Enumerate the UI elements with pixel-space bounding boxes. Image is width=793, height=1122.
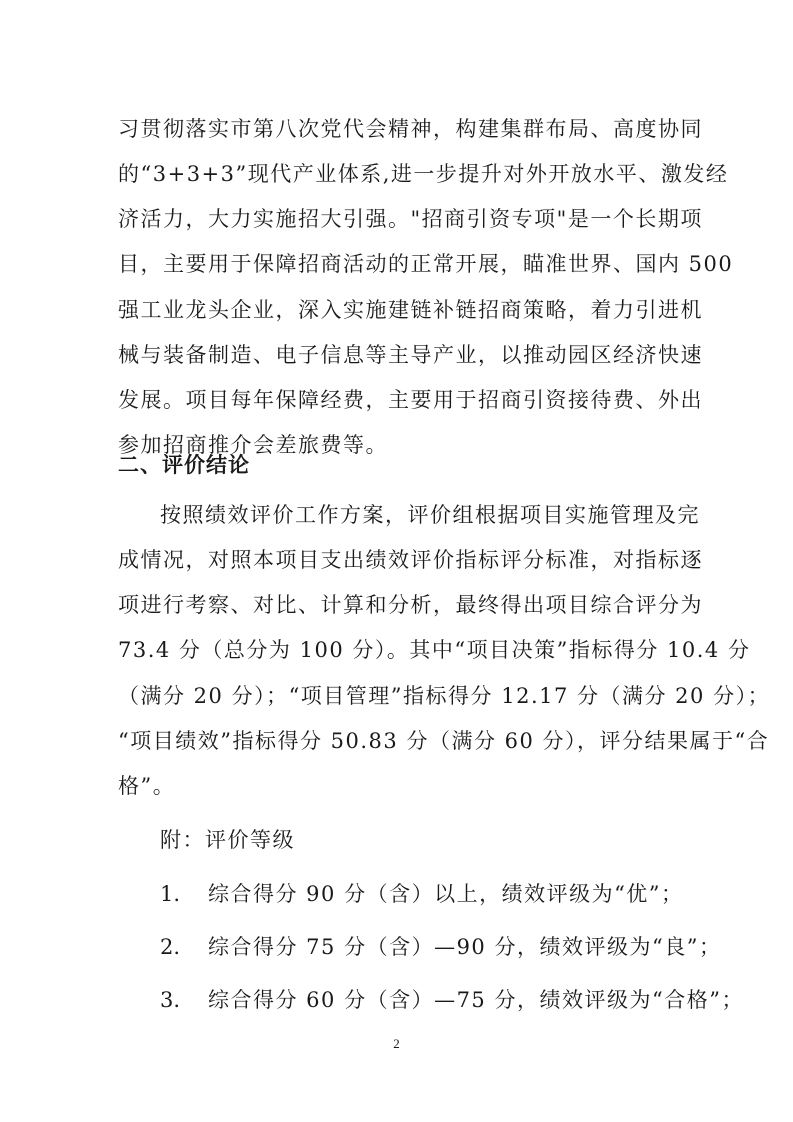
text-line: 格”。 xyxy=(118,774,678,798)
text-line: 济活力，大力实施招大引强。"招商引资专项"是一个长期项 xyxy=(118,207,678,231)
text-line: 73.4 分（总分为 100 分）。其中“项目决策”指标得分 10.4 分 xyxy=(118,638,678,662)
list-text: 综合得分 60 分（含）—75 分，绩效评级为“合格”； xyxy=(208,988,744,1012)
text-line: 项进行考察、对比、计算和分析，最终得出项目综合评分为 xyxy=(118,593,678,617)
section-heading: 二、评价结论 xyxy=(118,453,250,477)
list-text: 综合得分 75 分（含）—90 分，绩效评级为“良”； xyxy=(208,935,721,959)
text-line: 按照绩效评价工作方案，评价组根据项目实施管理及完 xyxy=(160,503,678,527)
text-line: 习贯彻落实市第八次党代会精神，构建集群布局、高度协同 xyxy=(118,117,678,141)
page-number: 2 xyxy=(0,1036,793,1052)
text-line: 强工业龙头企业，深入实施建链补链招商策略，着力引进机 xyxy=(118,298,678,322)
text-line: 目，主要用于保障招商活动的正常开展，瞄准世界、国内 500 xyxy=(118,252,678,276)
document-page: 习贯彻落实市第八次党代会精神，构建集群布局、高度协同 的“3+3+3”现代产业体… xyxy=(0,0,793,1122)
text-line: （满分 20 分）；“项目管理”指标得分 12.17 分（满分 20 分）； xyxy=(118,684,678,708)
appendix-title: 附：评价等级 xyxy=(160,828,720,852)
text-line: 械与装备制造、电子信息等主导产业，以推动园区经济快速 xyxy=(118,343,678,367)
list-number: 2. xyxy=(160,935,180,959)
list-number: 3. xyxy=(160,988,180,1012)
list-number: 1. xyxy=(160,882,180,906)
text-line: 的“3+3+3”现代产业体系,进一步提升对外开放水平、激发经 xyxy=(118,162,678,186)
text-line: “项目绩效”指标得分 50.83 分（满分 60 分），评分结果属于“合 xyxy=(118,729,678,753)
list-text: 综合得分 90 分（含）以上，绩效评级为“优”； xyxy=(208,882,684,906)
text-line: 成情况，对照本项目支出绩效评价指标评分标准，对指标逐 xyxy=(118,548,678,572)
text-line: 发展。项目每年保障经费，主要用于招商引资接待费、外出 xyxy=(118,388,678,412)
